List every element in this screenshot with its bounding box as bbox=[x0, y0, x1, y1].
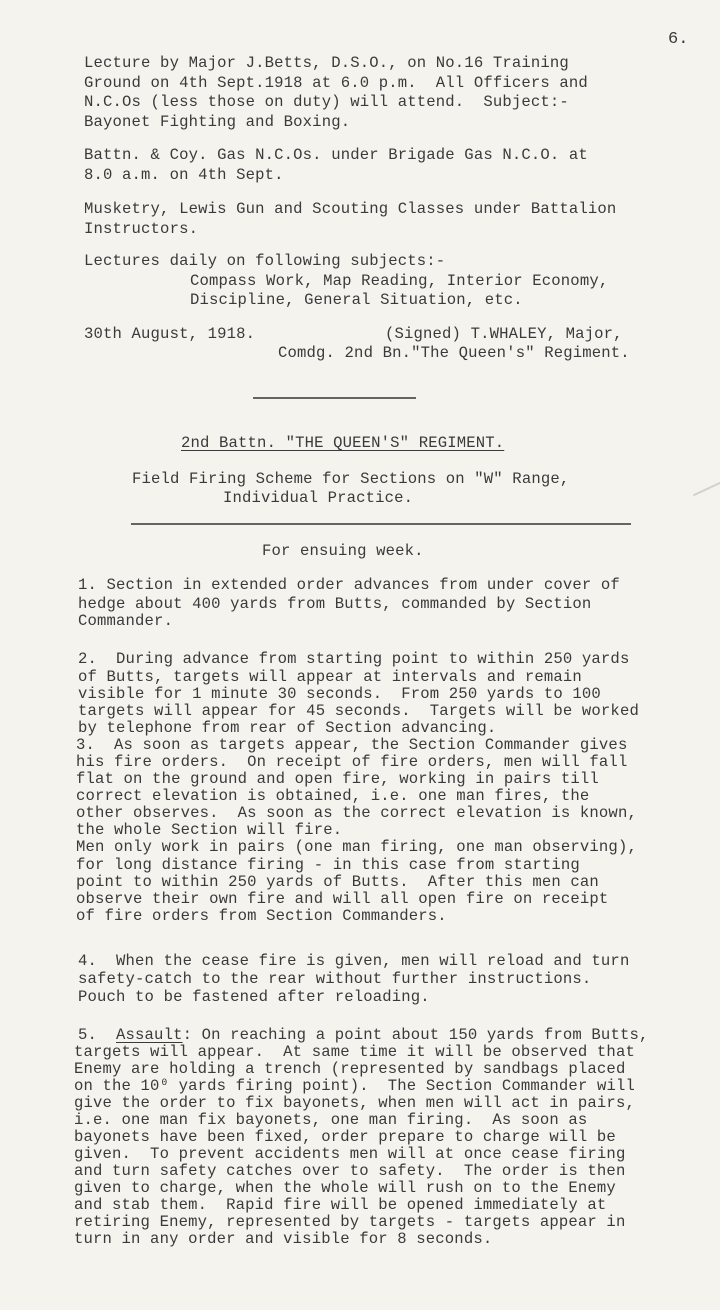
para5-line: given to charge, when the whole will rus… bbox=[74, 1179, 616, 1197]
lecture-line: Bayonet Fighting and Boxing. bbox=[84, 113, 350, 131]
section-heading: 2nd Battn. "THE QUEEN'S" REGIMENT. bbox=[181, 434, 504, 452]
para2-line: visible for 1 minute 30 seconds. From 25… bbox=[78, 685, 601, 703]
para3-line: of fire orders from Section Commanders. bbox=[76, 907, 447, 925]
para5-line: and turn safety catches over to safety. … bbox=[74, 1162, 625, 1180]
para5-line: turn in any order and visible for 8 seco… bbox=[74, 1230, 492, 1248]
para4-line: safety-catch to the rear without further… bbox=[78, 970, 591, 988]
lecture-line: N.C.Os (less those on duty) will attend.… bbox=[84, 93, 569, 111]
para3-line: for long distance firing - in this case … bbox=[76, 856, 580, 874]
para4-line: 4. When the cease fire is given, men wil… bbox=[78, 952, 629, 970]
gas-line: 8.0 a.m. on 4th Sept. bbox=[84, 166, 284, 184]
para2-line: targets will appear for 45 seconds. Targ… bbox=[78, 702, 639, 720]
document-page: 6. Lecture by Major J.Betts, D.S.O., on … bbox=[0, 0, 720, 1310]
para3-line: correct elevation is obtained, i.e. one … bbox=[76, 787, 589, 805]
lectures-intro: Lectures daily on following subjects:- bbox=[84, 252, 445, 270]
para5-line: on the 10⁰ yards firing point). The Sect… bbox=[74, 1077, 635, 1095]
para5-line: i.e. one man fix bayonets, one man firin… bbox=[74, 1111, 587, 1129]
para5-first-line: 5. Assault: On reaching a point about 15… bbox=[78, 1026, 648, 1044]
period-text: For ensuing week. bbox=[262, 542, 424, 560]
paper-mark bbox=[693, 482, 720, 496]
para5-line: given. To prevent accidents men will at … bbox=[74, 1145, 625, 1163]
para5-line: retiring Enemy, represented by targets -… bbox=[74, 1213, 625, 1231]
assault-label: Assault bbox=[116, 1026, 183, 1044]
para4-line: Pouch to be fastened after reloading. bbox=[78, 988, 430, 1006]
section-subheading: Field Firing Scheme for Sections on "W" … bbox=[132, 470, 569, 488]
signature-signed: (Signed) T.WHALEY, Major, bbox=[385, 325, 623, 343]
gas-line: Battn. & Coy. Gas N.C.Os. under Brigade … bbox=[84, 146, 588, 164]
lecture-line: Ground on 4th Sept.1918 at 6.0 p.m. All … bbox=[84, 74, 588, 92]
para3-line: the whole Section will fire. bbox=[76, 821, 342, 839]
para1-line: hedge about 400 yards from Butts, comman… bbox=[78, 595, 591, 613]
para5-line: bayonets have been fixed, order prepare … bbox=[74, 1128, 616, 1146]
lecture-line: Lecture by Major J.Betts, D.S.O., on No.… bbox=[84, 54, 569, 72]
para2-line: by telephone from rear of Section advanc… bbox=[78, 719, 496, 737]
para3-line: Men only work in pairs (one man firing, … bbox=[76, 838, 637, 856]
para3-line: 3. As soon as targets appear, the Sectio… bbox=[76, 736, 627, 754]
signature-date: 30th August, 1918. bbox=[84, 325, 255, 343]
para5-number: 5. bbox=[78, 1026, 116, 1044]
musketry-line: Instructors. bbox=[84, 220, 198, 238]
para1-line: Commander. bbox=[78, 612, 173, 630]
musketry-line: Musketry, Lewis Gun and Scouting Classes… bbox=[84, 200, 616, 218]
para2-line: of Butts, targets will appear at interva… bbox=[78, 668, 582, 686]
para5-line: and stab them. Rapid fire will be opened… bbox=[74, 1196, 606, 1214]
para3-line: other observes. As soon as the correct e… bbox=[76, 804, 637, 822]
para3-line: observe their own fire and will all open… bbox=[76, 890, 608, 908]
section-subheading: Individual Practice. bbox=[223, 489, 413, 507]
lectures-subject: Discipline, General Situation, etc. bbox=[190, 291, 523, 309]
signature-title: Comdg. 2nd Bn."The Queen's" Regiment. bbox=[278, 344, 630, 362]
para3-line: his fire orders. On receipt of fire orde… bbox=[76, 753, 627, 771]
lectures-subject: Compass Work, Map Reading, Interior Econ… bbox=[190, 272, 608, 290]
para2-line: 2. During advance from starting point to… bbox=[78, 650, 629, 668]
para1-line: 1. Section in extended order advances fr… bbox=[78, 576, 620, 594]
divider-rule bbox=[131, 523, 631, 525]
para5-line: Enemy are holding a trench (represented … bbox=[74, 1060, 625, 1078]
page-number: 6. bbox=[668, 30, 688, 49]
para5-line: targets will appear. At same time it wil… bbox=[74, 1043, 635, 1061]
para5-line: give the order to fix bayonets, when men… bbox=[74, 1094, 635, 1112]
para3-line: flat on the ground and open fire, workin… bbox=[76, 770, 599, 788]
divider-rule bbox=[253, 397, 416, 399]
para5-first-rest: : On reaching a point about 150 yards fr… bbox=[183, 1026, 649, 1044]
para3-line: point to within 250 yards of Butts. Afte… bbox=[76, 873, 599, 891]
